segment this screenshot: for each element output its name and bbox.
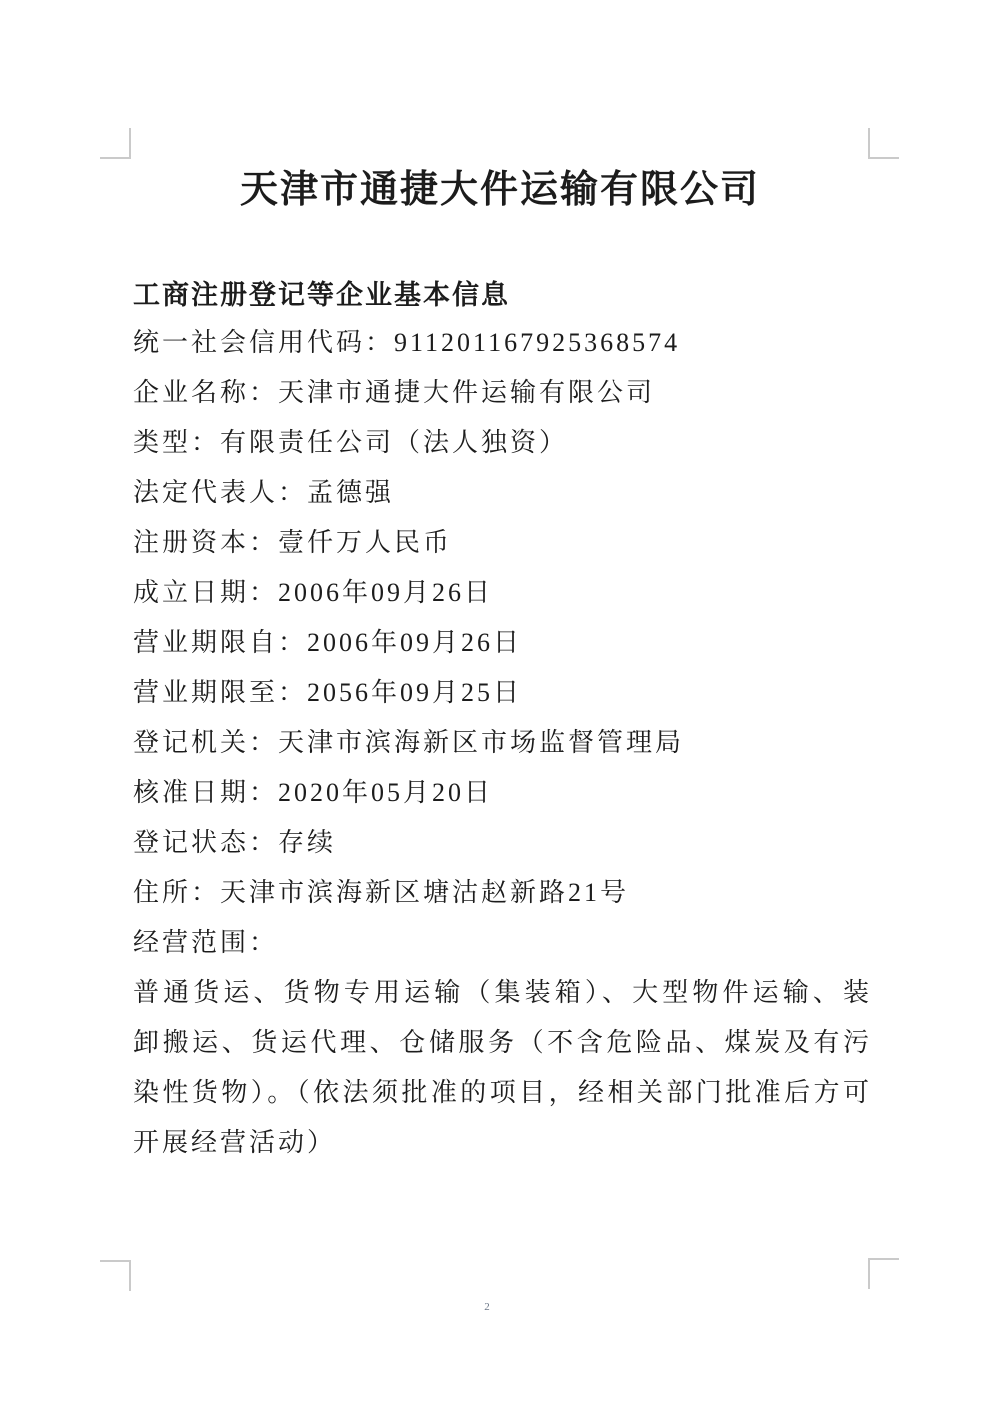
field-label: 法定代表人：: [133, 478, 307, 507]
business-scope-line-1: 普通货运、货物专用运输（集装箱）、大型物件运输、装: [133, 968, 870, 1018]
text-boundary-mark-top-left: [100, 128, 131, 159]
field-label: 登记机关：: [133, 728, 278, 757]
info-row-term-to: 营业期限至：2056年09月25日: [133, 668, 870, 718]
document-page: 天津市通捷大件运输有限公司 工商注册登记等企业基本信息 统一社会信用代码：911…: [0, 0, 1000, 1402]
field-label: 住所：: [133, 878, 220, 907]
field-label: 类型：: [133, 428, 220, 457]
field-value: 2006年09月26日: [278, 578, 493, 607]
info-row-registration-authority: 登记机关：天津市滨海新区市场监督管理局: [133, 718, 870, 768]
field-value: 壹仟万人民币: [278, 528, 452, 557]
field-value: 孟德强: [307, 478, 394, 507]
info-row-address: 住所：天津市滨海新区塘沽赵新路21号: [133, 868, 870, 918]
info-row-approval-date: 核准日期：2020年05月20日: [133, 768, 870, 818]
business-scope-line-2: 卸搬运、货运代理、仓储服务（不含危险品、煤炭及有污: [133, 1018, 870, 1068]
field-value: 存续: [278, 828, 336, 857]
field-label: 注册资本：: [133, 528, 278, 557]
field-value: 2006年09月26日: [307, 628, 522, 657]
document-title: 天津市通捷大件运输有限公司: [0, 158, 1000, 213]
field-value: 天津市滨海新区市场监督管理局: [278, 728, 684, 757]
field-label: 成立日期：: [133, 578, 278, 607]
info-row-establish-date: 成立日期：2006年09月26日: [133, 568, 870, 618]
info-row-company-type: 类型：有限责任公司（法人独资）: [133, 418, 870, 468]
page-number: 2: [477, 1301, 497, 1313]
info-row-business-scope-label: 经营范围：: [133, 918, 870, 968]
business-scope-line-3: 染性货物）。（依法须批准的项目，经相关部门批准后方可: [133, 1068, 870, 1118]
info-row-registered-capital: 注册资本：壹仟万人民币: [133, 518, 870, 568]
field-label: 营业期限自：: [133, 628, 307, 657]
info-row-registration-status: 登记状态：存续: [133, 818, 870, 868]
field-label: 企业名称：: [133, 378, 278, 407]
field-label: 登记状态：: [133, 828, 278, 857]
field-label: 统一社会信用代码：: [133, 328, 394, 357]
info-row-term-from: 营业期限自：2006年09月26日: [133, 618, 870, 668]
text-boundary-mark-top-right: [868, 128, 899, 159]
company-info-list: 统一社会信用代码：911201167925368574 企业名称：天津市通捷大件…: [133, 318, 870, 1168]
field-label: 经营范围：: [133, 928, 278, 957]
info-row-credit-code: 统一社会信用代码：911201167925368574: [133, 318, 870, 368]
field-label: 核准日期：: [133, 778, 278, 807]
field-label: 营业期限至：: [133, 678, 307, 707]
field-value: 有限责任公司（法人独资）: [220, 428, 568, 457]
field-value: 911201167925368574: [394, 328, 680, 357]
text-boundary-mark-bottom-left: [100, 1260, 131, 1291]
info-row-legal-representative: 法定代表人：孟德强: [133, 468, 870, 518]
text-boundary-mark-bottom-right: [868, 1258, 899, 1289]
section-heading: 工商注册登记等企业基本信息: [133, 273, 510, 312]
field-value: 2020年05月20日: [278, 778, 493, 807]
business-scope-line-4: 开展经营活动）: [133, 1118, 870, 1168]
info-row-company-name: 企业名称：天津市通捷大件运输有限公司: [133, 368, 870, 418]
field-value: 天津市滨海新区塘沽赵新路21号: [220, 878, 629, 907]
field-value: 2056年09月25日: [307, 678, 522, 707]
field-value: 天津市通捷大件运输有限公司: [278, 378, 655, 407]
